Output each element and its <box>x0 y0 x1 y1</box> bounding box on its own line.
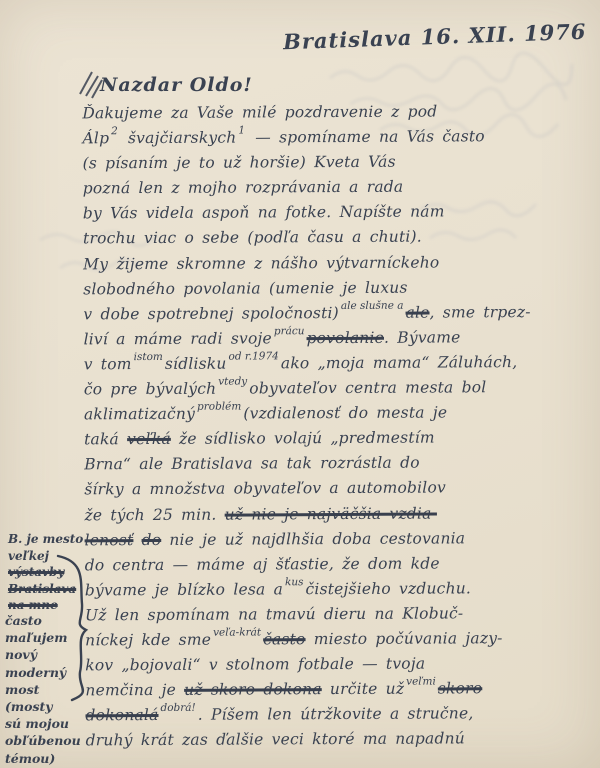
handwritten-text: určite už <box>322 680 405 698</box>
letter-line: v tomistomsídliskuod r.1974ako „moja mam… <box>84 350 596 378</box>
handwritten-text: slobodného povolania (umenie je luxus <box>83 278 407 298</box>
letter-line: do centra — máme aj šťastie, že dom kde <box>85 550 597 578</box>
letter-line: Ďakujeme za Vaše milé pozdravenie z pod <box>82 99 594 127</box>
crossed-out-text: do <box>142 531 162 549</box>
handwritten-text: kov „bojovali“ v stolnom fotbale — tvoja <box>85 655 425 675</box>
crossed-out-text: už skoro dokona <box>184 680 322 699</box>
interline-insertion: ale slušne a <box>341 300 404 310</box>
handwritten-text: B. je mesto <box>8 531 83 548</box>
letter-body: Ďakujeme za Vaše milé pozdravenie z podÁ… <box>82 99 597 754</box>
letter-line: nemčina je už skoro dokona určite užveľm… <box>85 676 597 704</box>
handwritten-text: My žijeme skromne z nášho výtvarníckeho <box>83 253 439 273</box>
interline-insertion: problém <box>197 402 241 412</box>
handwritten-text: ako „moja mama“ Záluhách, <box>281 353 518 372</box>
letter-line: že tých 25 min. už nie je najväčšia vzdi… <box>84 500 596 528</box>
crossed-out-text: lenosť <box>85 531 134 549</box>
handwritten-text: , sme trpez- <box>429 303 530 322</box>
letter-line: slobodného povolania (umenie je luxus <box>83 274 595 302</box>
handwritten-text: obľúbenou <box>5 732 81 749</box>
letter-line: trochu viac o sebe (podľa času a chuti). <box>83 224 595 252</box>
letter-line: taká veľká že sídlisko volajú „predmestí… <box>84 425 596 453</box>
letter-line: Brna“ ale Bratislava sa tak rozrástla do <box>84 450 596 478</box>
handwritten-text: . Píšem len útržkovite a stručne, <box>198 705 474 724</box>
handwritten-text: švajčiarskych <box>120 129 237 148</box>
letter-line: čo pre bývalýchvtedyobyvateľov centra me… <box>84 375 596 403</box>
letter-line: šírky a množstva obyvateľov a automobilo… <box>84 475 596 503</box>
handwritten-text: nie je už najdlhšia doba cestovania <box>161 529 465 549</box>
letter-line: níckej kde smeveľa-krátčasto miesto počú… <box>85 626 597 654</box>
letter-line: bývame je blízko lesa akusčistejšieho vz… <box>85 575 597 603</box>
letter-line: lenosť do nie je už najdlhšia doba cesto… <box>85 525 597 553</box>
handwritten-text: témou) <box>5 750 81 767</box>
handwritten-text: často <box>5 612 81 629</box>
interline-insertion: kus <box>285 577 304 587</box>
handwritten-text: v dobe spotrebnej spoločnosti) <box>83 304 339 323</box>
margin-note-bridge-painting: častomaľujemnovýmodernýmost(mostysú mojo… <box>5 612 81 767</box>
handwritten-text: sídlisku <box>165 355 227 373</box>
handwritten-text: miesto počúvania jazy- <box>306 629 503 648</box>
handwritten-text: Brna“ ale Bratislava sa tak rozrástla do <box>84 454 420 474</box>
handwritten-text: bývame je blízko lesa a <box>85 580 283 599</box>
letter-line: pozná len z mojho rozprávania a rada <box>83 174 595 202</box>
handwritten-text: obyvateľov centra mesta bol <box>249 378 486 397</box>
handwritten-text: (s písaním je to už horšie) Kveta Vás <box>83 153 396 173</box>
interline-insertion: 2 <box>111 126 118 136</box>
crossed-out-text: už nie je najväčšia vzdia- <box>225 504 437 523</box>
letter-page: Bratislava 16. XII. 1976 Nazdar Oldo! Ďa… <box>0 0 600 768</box>
handwritten-text: níckej kde sme <box>85 631 211 650</box>
interline-insertion: prácu <box>274 326 305 336</box>
handwritten-text: šírky a množstva obyvateľov a automobilo… <box>84 479 446 499</box>
handwritten-text: čistejšieho vzduchu. <box>305 579 471 598</box>
handwritten-text: — spomíname na Vás často <box>247 127 485 146</box>
handwritten-text: čo pre bývalých <box>84 380 217 399</box>
interline-insertion: 1 <box>238 126 245 136</box>
handwritten-text: sú mojou <box>5 715 81 732</box>
handwritten-text: do centra — máme aj šťastie, že dom kde <box>85 554 440 574</box>
letter-line: dokonaládobrá!. Píšem len útržkovite a s… <box>85 701 597 729</box>
handwritten-text: (vzdialenosť do mesta je <box>243 404 447 423</box>
handwritten-text: . Bývame <box>384 328 461 346</box>
salutation: Nazdar Oldo! <box>100 74 253 96</box>
interline-insertion: veľa-krát <box>213 627 261 637</box>
handwritten-text: aklimatizačný <box>84 405 195 424</box>
handwritten-text: Álp <box>82 129 109 147</box>
interline-insertion: vtedy <box>218 377 247 387</box>
letter-line: v dobe spotrebnej spoločnosti)ale slušne… <box>83 299 595 327</box>
interline-insertion: dobrá! <box>160 703 195 713</box>
handwritten-text: že sídlisko volajú „predmestím <box>171 429 435 448</box>
letter-line: (s písaním je to už horšie) Kveta Vás <box>83 149 595 177</box>
handwritten-text: by Vás videla aspoň na fotke. Napíšte ná… <box>83 203 445 223</box>
handwritten-text: liví a máme radi svoje <box>83 329 271 348</box>
handwritten-text: druhý krát zas ďalšie veci ktoré ma napa… <box>86 730 465 750</box>
handwritten-text: že tých 25 min. <box>84 505 224 524</box>
letter-line: My žijeme skromne z nášho výtvarníckeho <box>83 249 595 277</box>
letter-line: Álp2 švajčiarskych1 — spomíname na Vás č… <box>82 124 594 152</box>
crossed-out-text: povolanie <box>306 329 384 347</box>
crossed-out-text: dokonalá <box>85 706 158 724</box>
handwritten-text: maľujem <box>5 629 81 646</box>
handwritten-text: v tom <box>84 355 132 373</box>
interline-insertion: istom <box>134 352 163 362</box>
letter-line: Už len spomínam na tmavú dieru na Klobuč… <box>85 601 597 629</box>
handwritten-text: (mosty <box>5 698 81 715</box>
crossed-out-text: ale <box>405 303 429 321</box>
crossed-out-text: veľká <box>127 430 171 448</box>
handwritten-text: most <box>5 681 81 698</box>
handwritten-text: Už len spomínam na tmavú dieru na Klobuč… <box>85 604 463 624</box>
crossed-out-text: skoro <box>438 679 483 697</box>
handwritten-text: nemčina je <box>85 681 184 700</box>
interline-insertion: veľmi <box>406 677 436 687</box>
letter-line: aklimatizačnýproblém(vzdialenosť do mest… <box>84 400 596 428</box>
handwritten-text: Ďakujeme za Vaše milé pozdravenie z pod <box>82 102 437 122</box>
handwritten-text: moderný <box>5 664 81 681</box>
handwritten-text: trochu viac o sebe (podľa času a chuti). <box>83 228 422 248</box>
handwritten-text: taká <box>84 430 127 448</box>
handwritten-text: pozná len z mojho rozprávania a rada <box>83 178 404 198</box>
letter-line: druhý krát zas ďalšie veci ktoré ma napa… <box>86 726 598 754</box>
handwritten-text <box>133 531 141 549</box>
interline-insertion: od r.1974 <box>228 351 278 361</box>
crossed-out-text: často <box>263 630 306 648</box>
letter-line: liví a máme radi svojeprácupovolanie. Bý… <box>83 325 595 353</box>
letter-line: by Vás videla aspoň na fotke. Napíšte ná… <box>83 199 595 227</box>
letter-line: kov „bojovali“ v stolnom fotbale — tvoja <box>85 651 597 679</box>
handwritten-text: nový <box>5 646 81 663</box>
